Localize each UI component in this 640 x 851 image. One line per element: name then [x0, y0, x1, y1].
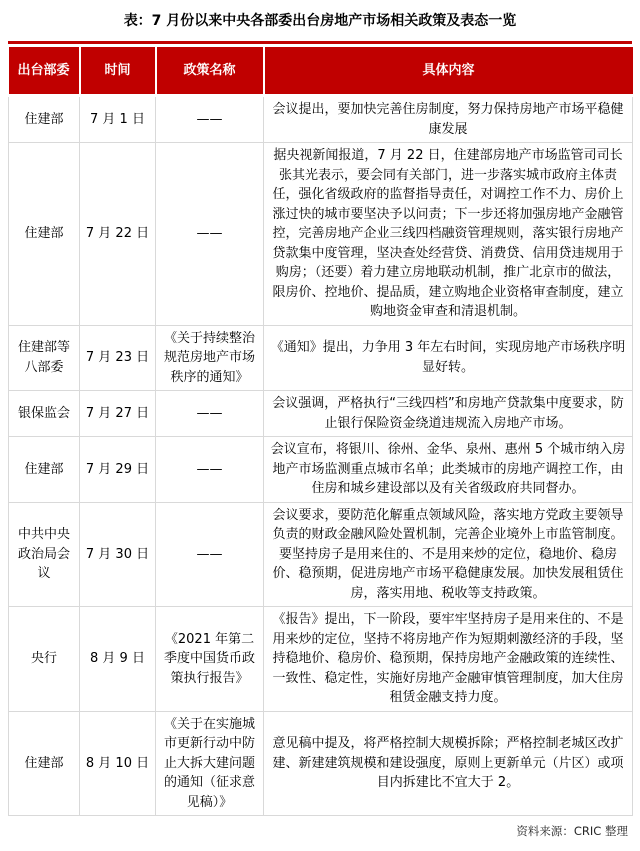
cell-department: 银保监会 — [9, 391, 80, 437]
cell-details: 《通知》提出，力争用 3 年左右时间，实现房地产市场秩序明显好转。 — [264, 325, 633, 391]
table-row: 住建部 7 月 29 日 —— 会议宣布，将银川、徐州、金华、泉州、惠州 5 个… — [9, 437, 633, 503]
cell-department: 住建部 — [9, 96, 80, 143]
cell-department: 央行 — [9, 607, 80, 712]
cell-details: 据央视新闻报道，7 月 22 日，住建部房地产市场监管司司长张其光表示，要会同有… — [264, 143, 633, 326]
cell-policy-name: 《关于持续整治规范房地产市场秩序的通知》 — [156, 325, 264, 391]
column-header-details: 具体内容 — [264, 47, 633, 96]
cell-date: 8 月 9 日 — [80, 607, 156, 712]
table-top-accent-line — [8, 41, 632, 44]
cell-details: 《报告》提出，下一阶段，要牢牢坚持房子是用来住的、不是用来炒的定位，坚持不将房地… — [264, 607, 633, 712]
cell-policy-name: —— — [156, 391, 264, 437]
cell-department: 住建部 — [9, 711, 80, 816]
cell-department: 中共中央政治局会议 — [9, 502, 80, 607]
page-title: 表：7 月份以来中央各部委出台房地产市场相关政策及表态一览 — [8, 10, 632, 41]
cell-date: 7 月 22 日 — [80, 143, 156, 326]
cell-details: 会议强调，严格执行“三线四档”和房地产贷款集中度要求，防止银行保险资金绕道违规流… — [264, 391, 633, 437]
table-row: 住建部 8 月 10 日 《关于在实施城市更新行动中防止大拆大建问题的通知（征求… — [9, 711, 633, 816]
policy-report-page: 表：7 月份以来中央各部委出台房地产市场相关政策及表态一览 出台部委 时间 政策… — [0, 0, 640, 851]
cell-policy-name: —— — [156, 437, 264, 503]
cell-department: 住建部等八部委 — [9, 325, 80, 391]
table-row: 住建部 7 月 22 日 —— 据央视新闻报道，7 月 22 日，住建部房地产市… — [9, 143, 633, 326]
cell-date: 7 月 27 日 — [80, 391, 156, 437]
cell-date: 7 月 29 日 — [80, 437, 156, 503]
cell-policy-name: 《关于在实施城市更新行动中防止大拆大建问题的通知（征求意见稿）》 — [156, 711, 264, 816]
table-row: 央行 8 月 9 日 《2021 年第二季度中国货币政策执行报告》 《报告》提出… — [9, 607, 633, 712]
cell-department: 住建部 — [9, 437, 80, 503]
table-row: 中共中央政治局会议 7 月 30 日 —— 会议要求，要防范化解重点领域风险，落… — [9, 502, 633, 607]
cell-policy-name: —— — [156, 143, 264, 326]
cell-details: 会议提出，要加快完善住房制度，努力保持房地产市场平稳健康发展 — [264, 96, 633, 143]
cell-details: 意见稿中提及，将严格控制大规模拆除；严格控制老城区改扩建、新建建筑规模和建设强度… — [264, 711, 633, 816]
cell-date: 7 月 30 日 — [80, 502, 156, 607]
cell-policy-name: —— — [156, 96, 264, 143]
cell-details: 会议要求，要防范化解重点领域风险，落实地方党政主要领导负责的财政金融风险处置机制… — [264, 502, 633, 607]
cell-policy-name: 《2021 年第二季度中国货币政策执行报告》 — [156, 607, 264, 712]
cell-date: 7 月 23 日 — [80, 325, 156, 391]
table-row: 住建部 7 月 1 日 —— 会议提出，要加快完善住房制度，努力保持房地产市场平… — [9, 96, 633, 143]
cell-details: 会议宣布，将银川、徐州、金华、泉州、惠州 5 个城市纳入房地产市场监测重点城市名… — [264, 437, 633, 503]
column-header-date: 时间 — [80, 47, 156, 96]
cell-date: 7 月 1 日 — [80, 96, 156, 143]
table-row: 住建部等八部委 7 月 23 日 《关于持续整治规范房地产市场秩序的通知》 《通… — [9, 325, 633, 391]
source-note: 资料来源：CRIC 整理 — [8, 816, 632, 839]
cell-policy-name: —— — [156, 502, 264, 607]
cell-department: 住建部 — [9, 143, 80, 326]
column-header-policy-name: 政策名称 — [156, 47, 264, 96]
table-row: 银保监会 7 月 27 日 —— 会议强调，严格执行“三线四档”和房地产贷款集中… — [9, 391, 633, 437]
table-header-row: 出台部委 时间 政策名称 具体内容 — [9, 47, 633, 96]
cell-date: 8 月 10 日 — [80, 711, 156, 816]
policy-table: 出台部委 时间 政策名称 具体内容 住建部 7 月 1 日 —— 会议提出，要加… — [8, 47, 633, 817]
column-header-department: 出台部委 — [9, 47, 80, 96]
